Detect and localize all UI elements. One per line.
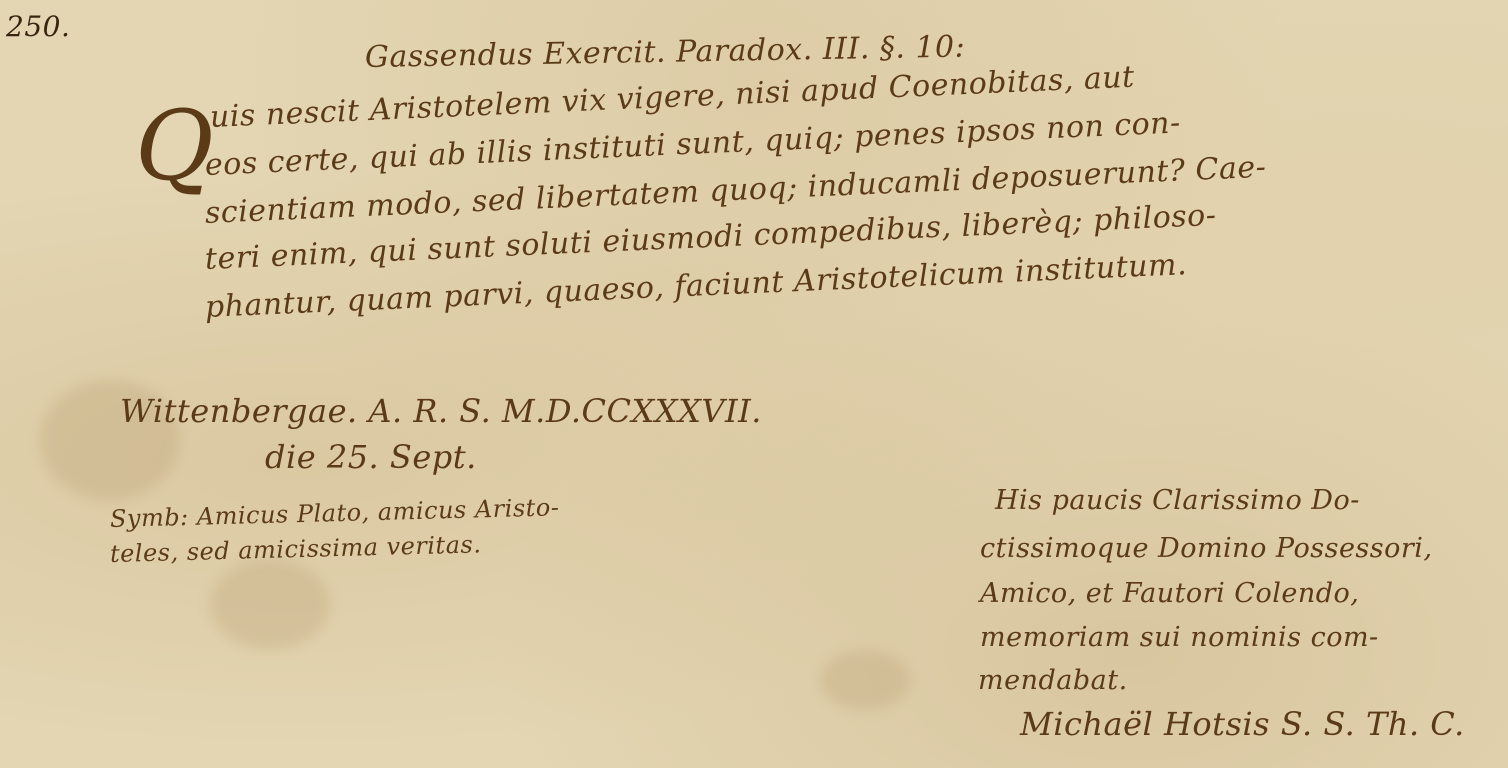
signature: Michaël Hotsis S. S. Th. C. [1020,705,1465,743]
paper-stain [820,650,910,710]
dedication-line: His paucis Clarissimo Do- [995,485,1360,516]
manuscript-page: 250. Gassendus Exercit. Paradox. III. §.… [0,0,1508,768]
quote-heading: Gassendus Exercit. Paradox. III. §. 10: [365,30,966,75]
date-line: die 25. Sept. [265,438,477,476]
dedication-line: memoriam sui nominis com- [980,622,1379,653]
place-line: Wittenbergae. A. R. S. M.D.CCXXXVII. [120,392,762,430]
motto-line: teles, sed amicissima veritas. [110,530,482,568]
motto-line: Symb: Amicus Plato, amicus Aristo- [110,493,560,533]
dedication-line: ctissimoque Domino Possessori, [980,533,1433,564]
paper-stain [210,560,330,650]
dedication-line: Amico, et Fautori Colendo, [980,578,1359,609]
drop-cap-letter: Q [135,90,214,202]
dedication-line: mendabat. [978,665,1128,696]
page-number: 250. [6,10,70,43]
